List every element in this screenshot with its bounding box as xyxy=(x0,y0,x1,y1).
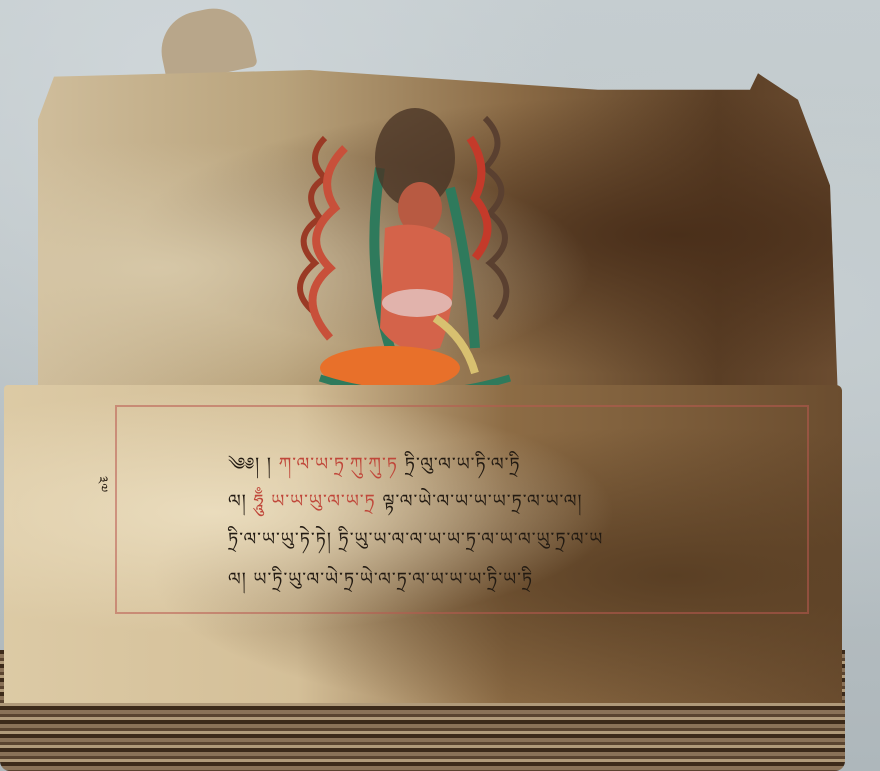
script-black: ལྟ་ལ་ཡེ་ལ་ཡ་ཡ་ཡ་ཏྲ་ལ་ཡ་ལ། xyxy=(383,491,583,512)
margin-note: ༣༧ xyxy=(82,476,122,492)
script-line-4: ལ། ཡ་ཏྲི་ཡུ་ལ་ཡེ་ཏྲ་ཡེ་ལ་ཏྲ་ལ་ཡ་ཡ་ཡ་ཏྲི་… xyxy=(228,560,533,610)
script-black: ལ། xyxy=(228,491,253,512)
script-red: ཧཱུྃ ཡ་ཡ་ཡུ་ལ་ཡ་ཏྲ xyxy=(253,491,375,512)
script-black: ཏྲི་ལུ་ལ་ཡ་ཏི་ལ་ཏྲི xyxy=(405,454,521,475)
script-black: ༄༅། ། xyxy=(228,454,272,475)
script-red: ཀ་ལ་ཡ་ཏྲ་ཀུ་ཀུ་ཏ xyxy=(279,454,398,475)
script-black: ལ། ཡ་ཏྲི་ཡུ་ལ་ཡེ་ཏྲ་ཡེ་ལ་ཏྲ་ལ་ཡ་ཡ་ཡ་ཏྲི་… xyxy=(228,569,533,590)
deity-painting xyxy=(285,78,525,398)
script-black: ཏྲི་ལ་ཡ་ཡུ་ཏེ་ཏེ། ཏྲི་ཡུ་ཡ་ལ་ལ་ཡ་ཡ་ཏྲ་ལ་… xyxy=(228,529,603,550)
